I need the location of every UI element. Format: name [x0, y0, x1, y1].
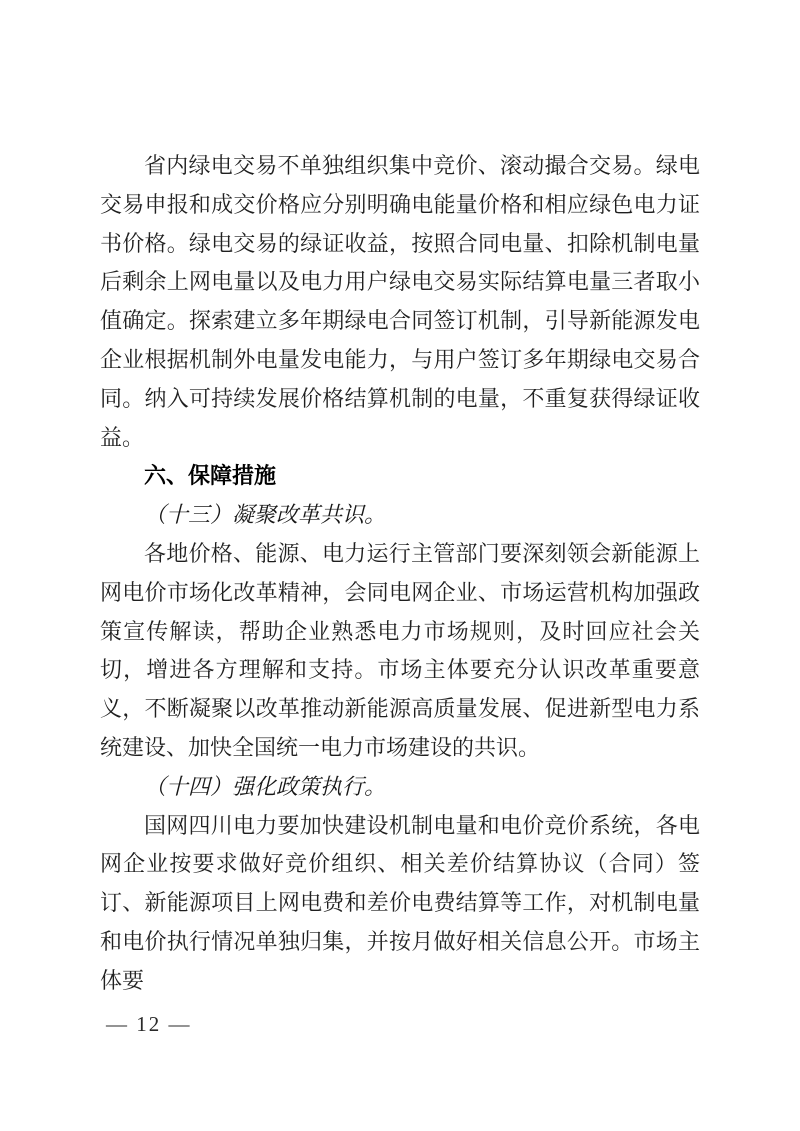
clause-14-heading: （十四）强化政策执行。: [100, 768, 700, 807]
clause-13-heading: （十三）凝聚改革共识。: [100, 496, 700, 535]
page-number: — 12 —: [106, 1012, 192, 1036]
paragraph-reform-consensus: 各地价格、能源、电力运行主管部门要深刻领会新能源上网电价市场化改革精神，会同电网…: [100, 535, 700, 768]
paragraph-green-power-trading: 省内绿电交易不单独组织集中竞价、滚动撮合交易。绿电交易申报和成交价格应分别明确电…: [100, 147, 700, 457]
paragraph-policy-execution: 国网四川电力要加快建设机制电量和电价竞价系统，各电网企业按要求做好竞价组织、相关…: [100, 807, 700, 1001]
page-footer: — 12 —: [106, 1012, 192, 1037]
section-heading-6-safeguard-measures: 六、保障措施: [100, 457, 700, 496]
document-page: 省内绿电交易不单独组织集中竞价、滚动撮合交易。绿电交易申报和成交价格应分别明确电…: [0, 0, 800, 1131]
document-body: 省内绿电交易不单独组织集中竞价、滚动撮合交易。绿电交易申报和成交价格应分别明确电…: [100, 147, 700, 1001]
